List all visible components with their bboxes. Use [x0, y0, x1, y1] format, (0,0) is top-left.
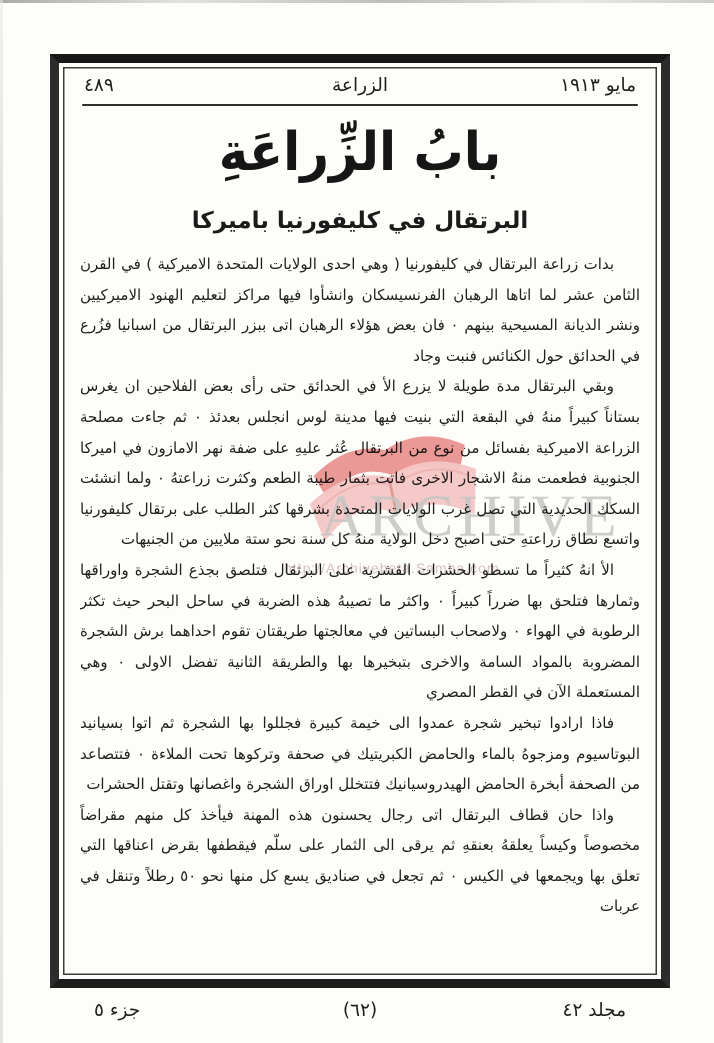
scan-artifact-left-edge [0, 0, 3, 1043]
scanned-journal-page: مايو ١٩١٣ الزراعة ٤٨٩ بابُ الزِّراعَةِ ا… [0, 0, 714, 1043]
page-header: مايو ١٩١٣ الزراعة ٤٨٩ [80, 74, 640, 98]
footer-volume: مجلد ٤٢ [449, 1000, 626, 1021]
article-paragraph: واذا حان قطاف البرتقال اتى رجال يحسنون ه… [80, 800, 640, 922]
footer-page-number: (٦٢) [271, 1000, 448, 1021]
section-calligraphic-title: بابُ الزِّراعَةِ [80, 103, 640, 205]
footer-part: جزء ٥ [94, 1000, 271, 1021]
article-paragraph: فاذا ارادوا تبخير شجرة عمدوا الى خيمة كب… [80, 708, 640, 800]
article-title: البرتقال في كليفورنيا باميركا [80, 208, 640, 234]
page-number: ٤٨٩ [84, 74, 268, 98]
journal-title: الزراعة [268, 74, 452, 98]
page-frame-border: مايو ١٩١٣ الزراعة ٤٨٩ بابُ الزِّراعَةِ ا… [50, 54, 670, 988]
page-footer: مجلد ٤٢ (٦٢) جزء ٥ [50, 1000, 670, 1021]
scan-artifact-top-edge [0, 0, 714, 3]
article-paragraph: بدات زراعة البرتقال في كليفورنيا ( وهي ا… [80, 249, 640, 371]
article-paragraph: الأ انهُ كثيراً ما تسطو الحشرات القشرية … [80, 555, 640, 708]
article-body: بدات زراعة البرتقال في كليفورنيا ( وهي ا… [80, 249, 640, 951]
article-paragraph: وبقي البرتقال مدة طويلة لا يزرع الأ في ا… [80, 371, 640, 555]
issue-date: مايو ١٩١٣ [452, 74, 636, 98]
